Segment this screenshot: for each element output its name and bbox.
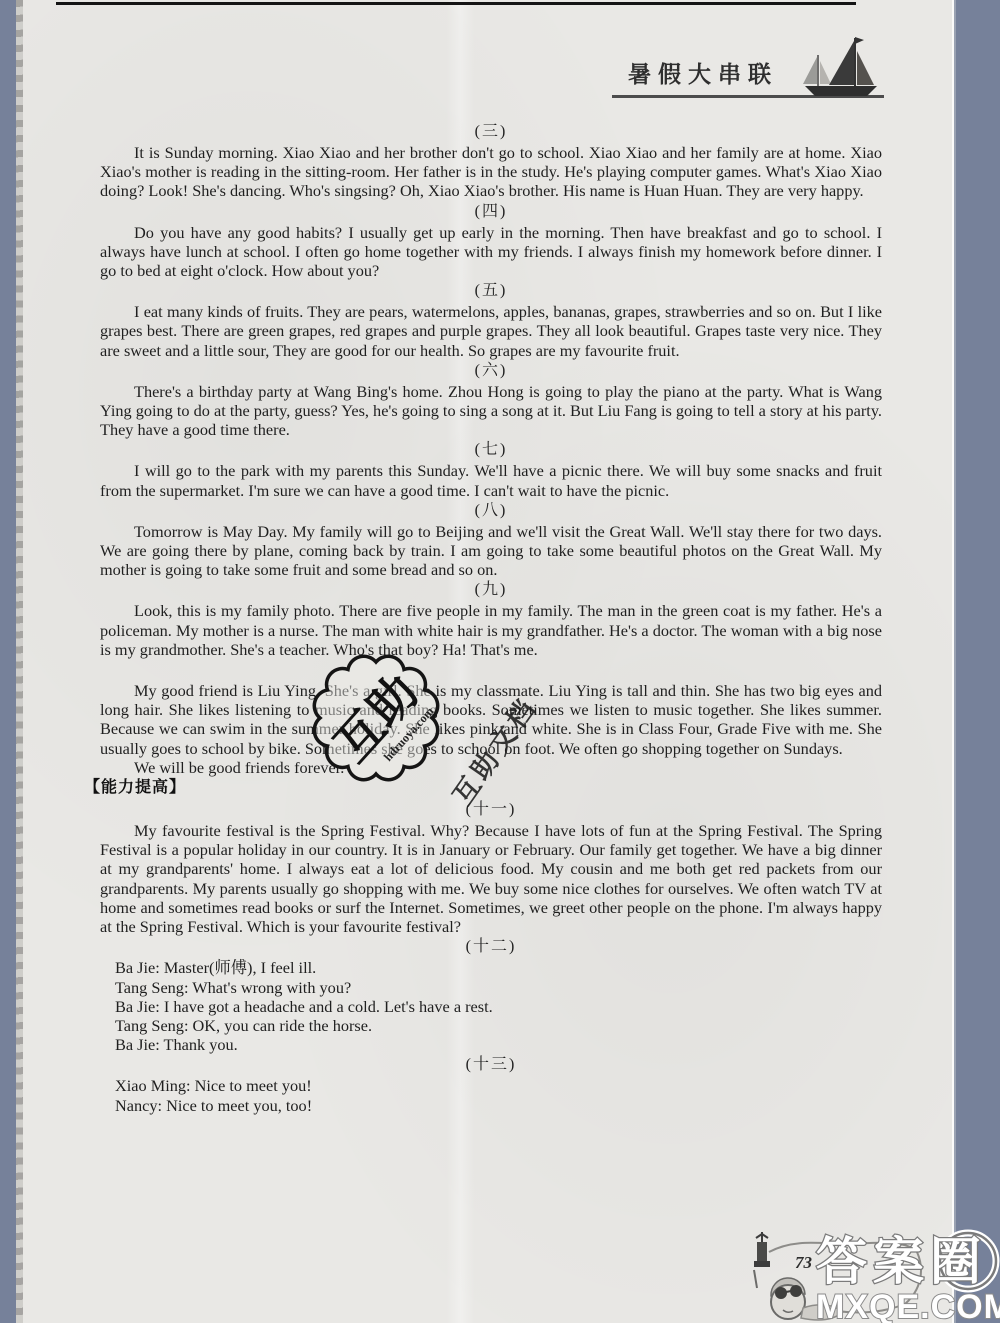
top-scan-line [56, 2, 856, 5]
section-heading: (五) [100, 281, 882, 301]
answer-site-logo: 答案圈 MXQE.COM [816, 1228, 1000, 1323]
passage-paragraph: Do you have any good habits? I usually g… [100, 223, 882, 281]
section-heading: (四) [100, 202, 882, 222]
dialog-line: Ba Jie: Thank you. [115, 1035, 882, 1054]
content: (三)It is Sunday morning. Xiao Xiao and h… [100, 121, 882, 1115]
section-heading: (六) [100, 361, 882, 381]
section-heading: (八) [100, 501, 882, 521]
sailboat-icon [791, 35, 886, 97]
brand-text: 答案圈 [816, 1234, 987, 1291]
passage-paragraph: Tomorrow is May Day. My family will go t… [100, 522, 882, 580]
dialog-line: Tang Seng: OK, you can ride the horse. [115, 1016, 882, 1035]
passage-paragraph: I eat many kinds of fruits. They are pea… [100, 302, 882, 360]
section-heading: (十一) [100, 800, 882, 820]
section-heading: (七) [100, 440, 882, 460]
passage-paragraph: Look, this is my family photo. There are… [100, 601, 882, 659]
paper-page: 暑假大串联 (三)It is Sunday morning. Xiao Xiao… [16, 0, 952, 1323]
dialog-line: Ba Jie: I have got a headache and a cold… [115, 997, 882, 1016]
passage-paragraph: There's a birthday party at Wang Bing's … [100, 382, 882, 440]
dialog-line: Ba Jie: Master(师傅), I feel ill. [115, 958, 882, 977]
book-title: 暑假大串联 [628, 56, 778, 89]
section-heading: (三) [100, 122, 882, 142]
torn-paper-edge [16, 0, 23, 1323]
section-heading: (九) [100, 580, 882, 600]
section-heading: (十二) [100, 937, 882, 957]
dialog-line: Tang Seng: What's wrong with you? [115, 978, 882, 997]
passage-paragraph: I will go to the park with my parents th… [100, 461, 882, 499]
page-number: 73 [795, 1253, 813, 1272]
scanned-workbook-page: { "header": { "title": "暑假大串联" }, "water… [0, 0, 1000, 1323]
section-heading: (十三) [100, 1055, 882, 1075]
dialog-line: Nancy: Nice to meet you, too! [115, 1096, 882, 1115]
passage-paragraph: It is Sunday morning. Xiao Xiao and her … [100, 143, 882, 201]
statue-of-liberty-sketch [754, 1232, 770, 1288]
passage-paragraph: My favourite festival is the Spring Fest… [100, 821, 882, 936]
help-stamp-watermark: 互助 hdruoya.com [298, 645, 458, 795]
dialog-line: Xiao Ming: Nice to meet you! [115, 1076, 882, 1095]
site-url-text: MXQE.COM [816, 1288, 1000, 1323]
section-heading [100, 660, 882, 680]
